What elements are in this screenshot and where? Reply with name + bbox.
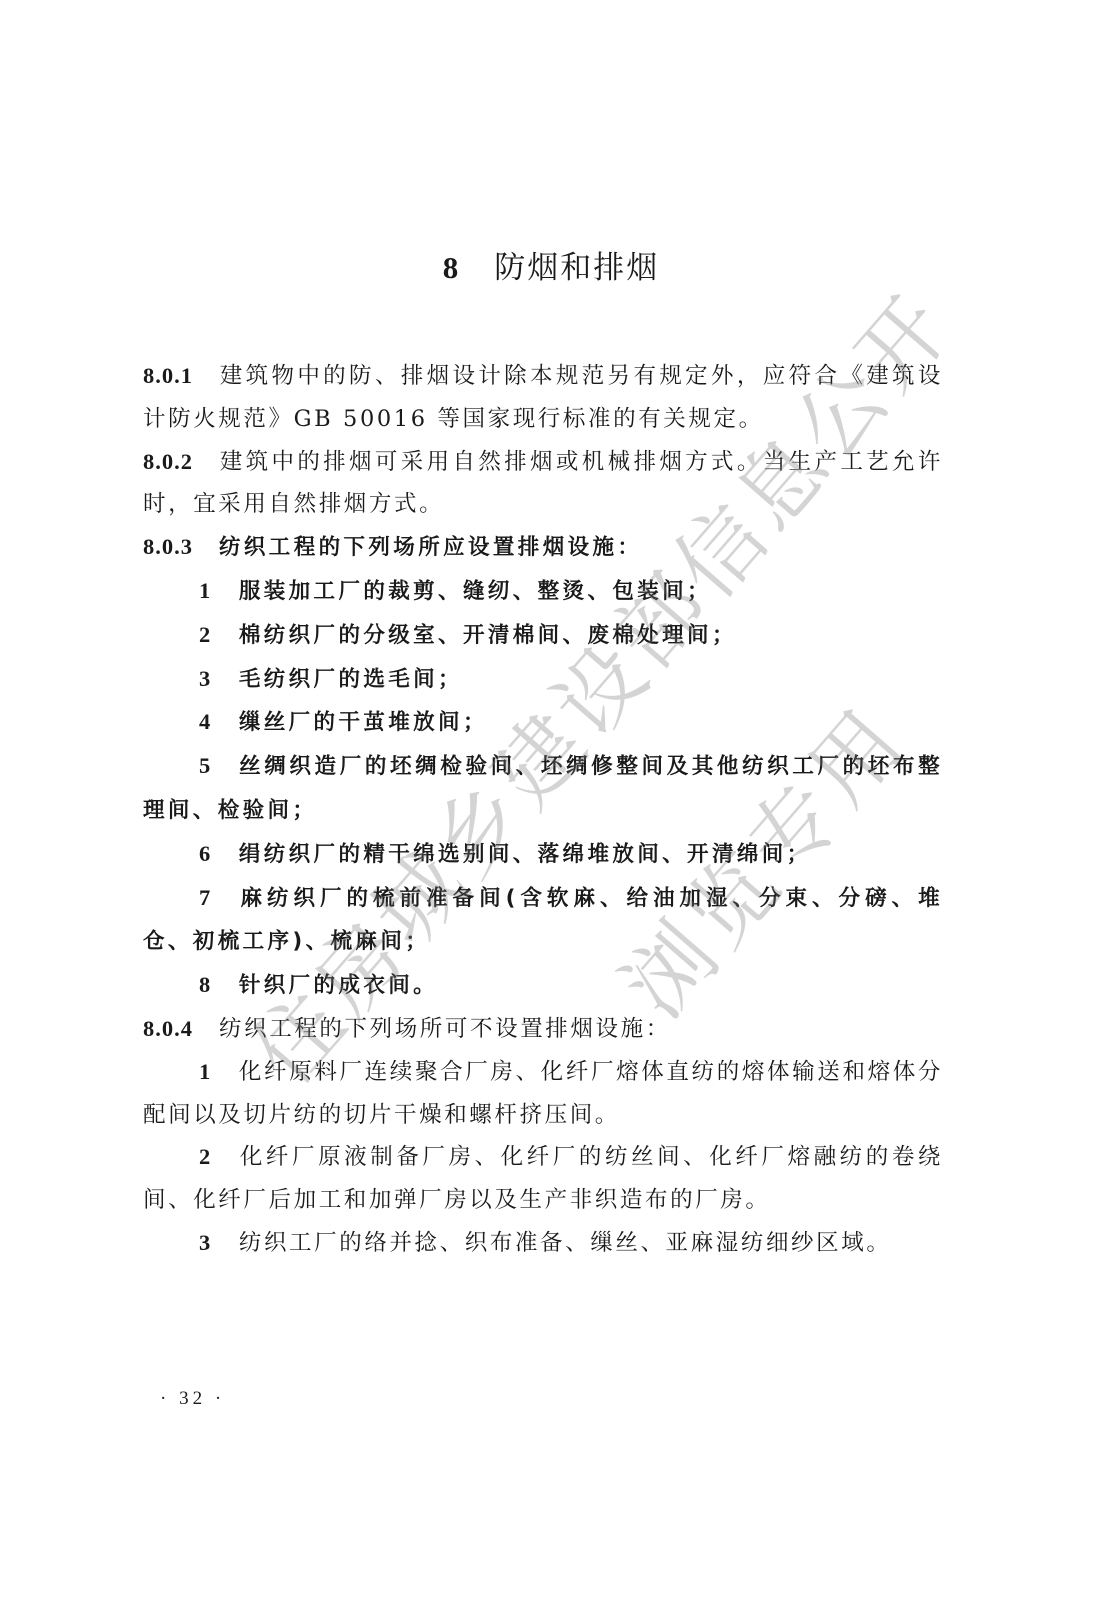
item-text: 纺织工厂的络并捻、织布准备、缫丝、亚麻湿纺细纱区域。: [239, 1230, 892, 1256]
clause-8-0-4: 8.0.4纺织工程的下列场所可不设置排烟设施：: [143, 1008, 943, 1051]
item-number: 4: [199, 701, 213, 744]
list-item: 5丝绸织造厂的坯绸检验间、坯绸修整间及其他纺织工厂的坯布整理间、检验间；: [143, 745, 943, 833]
chapter-title: 8防烟和排烟: [0, 243, 1102, 293]
document-page: 8防烟和排烟 8.0.1建筑物中的防、排烟设计除本规范另有规定外，应符合《建筑设…: [0, 0, 1102, 1598]
clause-text: 纺织工程的下列场所应设置排烟设施：: [219, 535, 642, 560]
item-text: 绢纺织厂的精干绵选别间、落绵堆放间、开清绵间；: [239, 842, 812, 867]
list-item: 6绢纺织厂的精干绵选别间、落绵堆放间、开清绵间；: [143, 833, 943, 877]
item-text: 化纤原料厂连续聚合厂房、化纤厂熔体直纺的熔体输送和熔体分配间以及切片纺的切片干燥…: [143, 1059, 943, 1128]
list-item: 4缫丝厂的干茧堆放间；: [143, 701, 943, 745]
item-text: 丝绸织造厂的坯绸检验间、坯绸修整间及其他纺织工厂的坯布整理间、检验间；: [143, 754, 943, 823]
item-number: 1: [199, 1051, 213, 1094]
clause-text: 纺织工程的下列场所可不设置排烟设施：: [219, 1016, 671, 1042]
clause-8-0-1: 8.0.1建筑物中的防、排烟设计除本规范另有规定外，应符合《建筑设计防火规范》G…: [143, 355, 943, 441]
item-number: 3: [199, 658, 213, 701]
item-text: 麻纺织厂的梳前准备间(含软麻、给油加湿、分束、分磅、堆仓、初梳工序)、梳麻间；: [143, 886, 943, 955]
chapter-title-text: 防烟和排烟: [494, 250, 659, 286]
item-number: 1: [199, 570, 213, 613]
page-number: · 32 ·: [160, 1388, 225, 1410]
clause-number: 8.0.2: [143, 449, 193, 474]
list-item: 1服装加工厂的裁剪、缝纫、整烫、包装间；: [143, 570, 943, 614]
list-item: 3纺织工厂的络并捻、织布准备、缫丝、亚麻湿纺细纱区域。: [143, 1222, 943, 1265]
item-text: 棉纺织厂的分级室、开清棉间、废棉处理间；: [239, 623, 737, 648]
list-item: 2化纤厂原液制备厂房、化纤厂的纺丝间、化纤厂熔融纺的卷绕间、化纤厂后加工和加弹厂…: [143, 1136, 943, 1222]
item-text: 针织厂的成衣间。: [239, 973, 438, 998]
item-number: 2: [199, 614, 213, 657]
clause-number: 8.0.3: [143, 534, 193, 559]
item-number: 2: [199, 1136, 213, 1179]
item-number: 6: [199, 833, 213, 876]
clause-text: 建筑物中的防、排烟设计除本规范另有规定外，应符合《建筑设计防火规范》GB 500…: [143, 363, 943, 432]
item-number: 3: [199, 1222, 213, 1265]
document-body: 8.0.1建筑物中的防、排烟设计除本规范另有规定外，应符合《建筑设计防火规范》G…: [143, 355, 943, 1265]
list-item: 3毛纺织厂的选毛间；: [143, 658, 943, 702]
clause-number: 8.0.4: [143, 1016, 193, 1041]
item-number: 5: [199, 745, 213, 788]
item-text: 化纤厂原液制备厂房、化纤厂的纺丝间、化纤厂熔融纺的卷绕间、化纤厂后加工和加弹厂房…: [143, 1144, 943, 1213]
clause-number: 8.0.1: [143, 363, 193, 388]
clause-8-0-2: 8.0.2建筑中的排烟可采用自然排烟或机械排烟方式。当生产工艺允许时，宜采用自然…: [143, 441, 943, 527]
item-text: 缫丝厂的干茧堆放间；: [239, 710, 488, 735]
clause-8-0-3: 8.0.3纺织工程的下列场所应设置排烟设施：: [143, 526, 943, 570]
item-number: 8: [199, 964, 213, 1007]
item-text: 服装加工厂的裁剪、缝纫、整烫、包装间；: [239, 579, 712, 604]
list-item: 2棉纺织厂的分级室、开清棉间、废棉处理间；: [143, 614, 943, 658]
list-item: 8针织厂的成衣间。: [143, 964, 943, 1008]
chapter-number: 8: [443, 250, 461, 285]
item-number: 7: [199, 877, 213, 920]
item-text: 毛纺织厂的选毛间；: [239, 667, 463, 692]
clause-text: 建筑中的排烟可采用自然排烟或机械排烟方式。当生产工艺允许时，宜采用自然排烟方式。: [143, 449, 943, 518]
list-item: 7麻纺织厂的梳前准备间(含软麻、给油加湿、分束、分磅、堆仓、初梳工序)、梳麻间；: [143, 877, 943, 965]
list-item: 1化纤原料厂连续聚合厂房、化纤厂熔体直纺的熔体输送和熔体分配间以及切片纺的切片干…: [143, 1051, 943, 1137]
